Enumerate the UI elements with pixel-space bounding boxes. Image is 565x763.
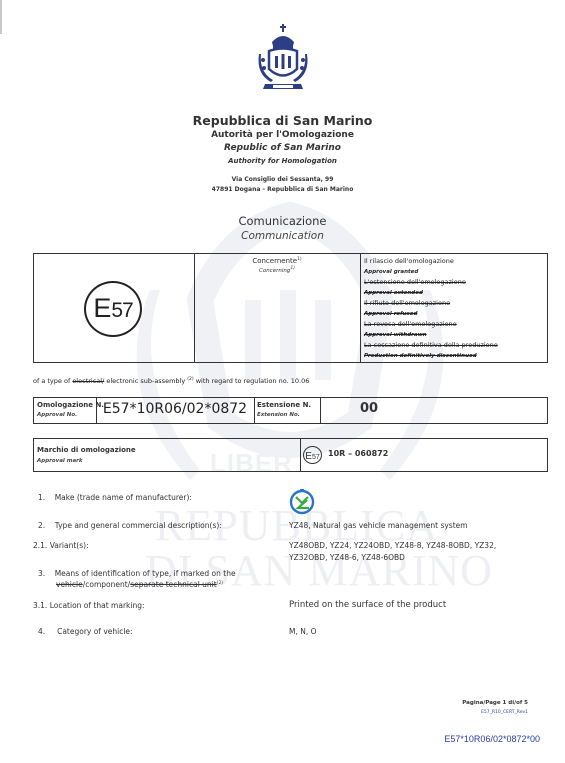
item-2-1-label: 2.1. Variant(s): bbox=[33, 541, 89, 550]
e-mark-cell: E57 bbox=[34, 254, 195, 362]
republic-en: Republic of San Marino bbox=[0, 143, 565, 153]
option-granted-it: Il rilascio dell'omologazione bbox=[364, 256, 498, 267]
approval-mark-cell: E57 10R – 060872 bbox=[300, 439, 547, 471]
manufacturer-logo-icon bbox=[289, 489, 315, 515]
option-discontinued-en: Production definitively discontinued bbox=[364, 351, 498, 362]
e57-small-mark-icon: E57 bbox=[303, 446, 322, 464]
item-3-label-line2: vehicle/component/separate technical uni… bbox=[56, 580, 223, 589]
item-3-1-value: Printed on the surface of the product bbox=[289, 600, 446, 610]
type-statement: of a type of electrical/ electronic sub-… bbox=[33, 377, 309, 385]
extension-label: Estensione N. bbox=[257, 401, 311, 409]
item-3-1-label: 3.1. Location of that marking: bbox=[33, 601, 145, 610]
concerning-table: E57 Concernente1) Concerning1) Il rilasc… bbox=[33, 253, 548, 363]
status-options-cell: Il rilascio dell'omologazione Approval g… bbox=[361, 254, 547, 362]
item-4-value: M, N, O bbox=[289, 627, 317, 636]
approval-number-table: Omologazione N. Approval No. E57*10R06/0… bbox=[33, 397, 548, 424]
item-3-label: 3. Means of identification of type, if m… bbox=[38, 569, 236, 578]
concerning-label-it: Concernente1) bbox=[194, 257, 360, 265]
status-options: Il rilascio dell'omologazione Approval g… bbox=[364, 256, 498, 361]
approval-number-label-cell: Omologazione N. Approval No. bbox=[34, 398, 97, 423]
approval-mark-label: Marchio di omologazione bbox=[37, 446, 136, 454]
address-line-1: Via Consiglio dei Sessanta, 99 bbox=[0, 176, 565, 183]
option-refused-it: Il rifiuto dell'omologazione bbox=[364, 298, 498, 309]
approval-number-cell: E57*10R06/02*0872 bbox=[96, 398, 255, 423]
option-discontinued-it: La cessazione definitiva della produzion… bbox=[364, 340, 498, 351]
option-granted-en: Approval granted bbox=[364, 267, 498, 278]
item-4-label: 4. Category of vehicle: bbox=[38, 627, 133, 636]
extension-number: 00 bbox=[360, 401, 378, 416]
option-withdrawn-it: La revoca dell'omologazione bbox=[364, 319, 498, 330]
certificate-reference: E57*10R06/02*0872*00 bbox=[380, 734, 540, 744]
concerning-cell: Concernente1) Concerning1) bbox=[194, 254, 361, 362]
document-code: E57_R10_CERT_Rev1 bbox=[420, 710, 528, 715]
authority-en: Authority for Homologation bbox=[0, 157, 565, 165]
approval-mark-label-en: Approval mark bbox=[37, 458, 83, 464]
option-extended-en: Approval extended bbox=[364, 288, 498, 299]
window-edge bbox=[0, 0, 2, 34]
approval-number-label-en: Approval No. bbox=[37, 412, 77, 418]
item-2-value: YZ48, Natural gas vehicle management sys… bbox=[289, 521, 468, 530]
item-2-1-value: YZ48OBD, YZ24, YZ24OBD, YZ48-8, YZ48-8OB… bbox=[289, 541, 496, 550]
authority-it: Autorità per l'Omologazione bbox=[0, 130, 565, 140]
option-refused-en: Approval refused bbox=[364, 309, 498, 320]
approval-number: E57*10R06/02*0872 bbox=[96, 401, 254, 417]
approval-number-label: Omologazione N. bbox=[37, 401, 104, 409]
approval-mark-table: Marchio di omologazione Approval mark E5… bbox=[33, 438, 548, 472]
approval-mark-text: 10R – 060872 bbox=[328, 449, 388, 458]
issuer-title: Repubblica di San Marino bbox=[0, 113, 565, 128]
extension-label-en: Extension No. bbox=[257, 412, 300, 418]
document-title-en: Communication bbox=[0, 230, 565, 242]
page-number: Pagina/Page 1 di/of 5 bbox=[420, 700, 528, 706]
item-1-label: 1. Make (trade name of manufacturer): bbox=[38, 493, 192, 502]
extension-number-cell: 00 bbox=[320, 398, 547, 423]
approval-mark-label-cell: Marchio di omologazione Approval mark bbox=[34, 439, 301, 471]
document-title: Comunicazione bbox=[0, 214, 565, 228]
option-withdrawn-en: Approval withdrawn bbox=[364, 330, 498, 341]
san-marino-crest-icon bbox=[255, 24, 311, 92]
item-2-label: 2. Type and general commercial descripti… bbox=[38, 521, 222, 530]
option-extended-it: L'estensione dell'omologazione bbox=[364, 277, 498, 288]
concerning-label-en: Concerning1) bbox=[194, 266, 360, 274]
extension-label-cell: Estensione N. Extension No. bbox=[254, 398, 321, 423]
address-line-2: 47891 Dogana - Repubblica di San Marino bbox=[0, 186, 565, 193]
item-2-1-value-line2: YZ32OBD, YZ48-6, YZ48-6OBD bbox=[289, 553, 405, 562]
e57-mark-icon: E57 bbox=[84, 281, 142, 337]
